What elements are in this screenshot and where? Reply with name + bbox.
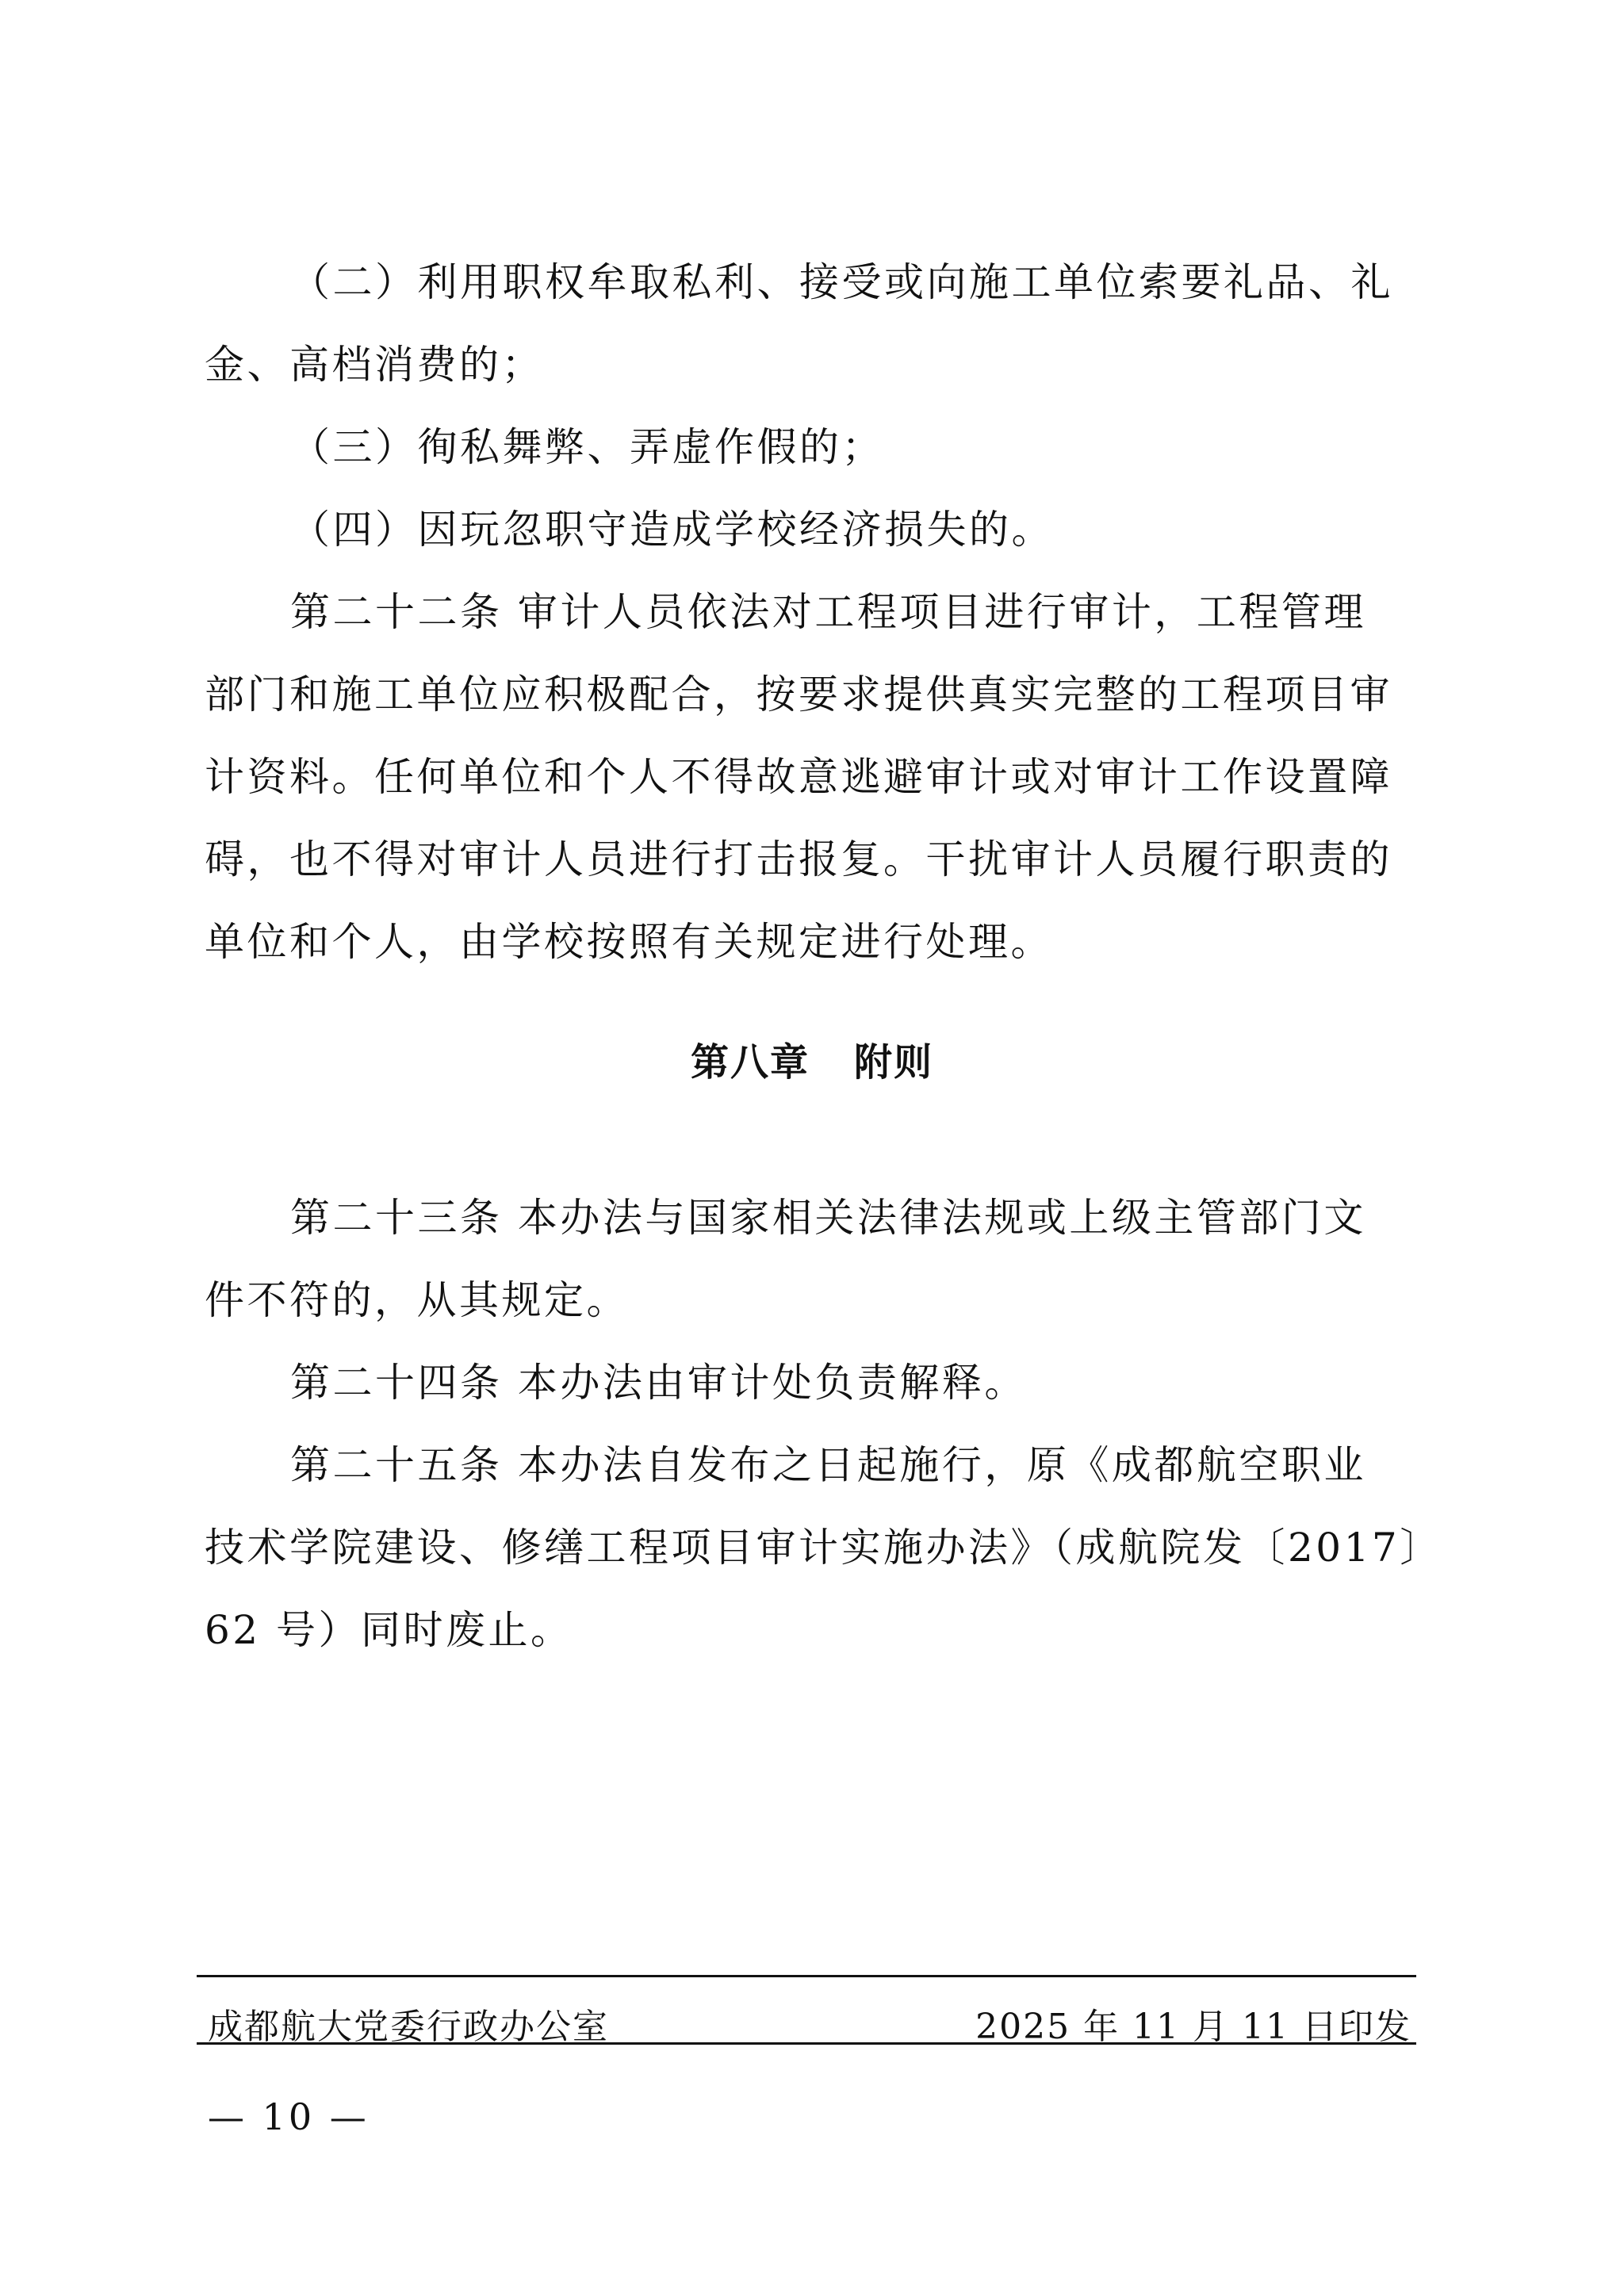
paragraph-line-item-2: （二）利用职权牟取私利、接受或向施工单位索要礼品、礼: [205, 241, 1402, 323]
paragraph-line-item-4: （四）因玩忽职守造成学校经济损失的。: [205, 488, 1402, 571]
article-22-line-2: 部门和施工单位应积极配合，按要求提供真实完整的工程项目审: [205, 653, 1402, 736]
article-25-line-2: 技术学院建设、修缮工程项目审计实施办法》（成航院发〔2017〕: [205, 1506, 1402, 1589]
chapter-title: 附则: [854, 1040, 933, 1085]
article-24-line-1: 第二十四条 本办法由审计处负责解释。: [205, 1341, 1402, 1424]
footer-issuer: 成都航大党委行政办公室: [208, 1999, 609, 2055]
footer-top-rule: [197, 1975, 1416, 1977]
document-page: （二）利用职权牟取私利、接受或向施工单位索要礼品、礼 金、高档消费的； （三）徇…: [0, 0, 1624, 2296]
article-22-line-3: 计资料。任何单位和个人不得故意逃避审计或对审计工作设置障: [205, 736, 1402, 818]
page-number: — 10 —: [208, 2085, 370, 2149]
article-23-line-2: 件不符的，从其规定。: [205, 1259, 1402, 1341]
article-22-line-4: 碍，也不得对审计人员进行打击报复。干扰审计人员履行职责的: [205, 818, 1402, 901]
article-25-line-3: 62 号）同时废止。: [205, 1589, 1402, 1671]
chapter-number: 第八章: [691, 1040, 810, 1085]
article-23-line-1: 第二十三条 本办法与国家相关法律法规或上级主管部门文: [205, 1177, 1402, 1259]
article-22-line-1: 第二十二条 审计人员依法对工程项目进行审计，工程管理: [205, 571, 1402, 653]
paragraph-line-item-3: （三）徇私舞弊、弄虚作假的；: [205, 406, 1402, 488]
footer-issue-date: 2025 年 11 月 11 日印发: [975, 1999, 1411, 2055]
chapter-heading: 第八章附则: [0, 1023, 1624, 1102]
article-22-line-5: 单位和个人，由学校按照有关规定进行处理。: [205, 901, 1402, 983]
paragraph-line-item-2-cont: 金、高档消费的；: [205, 323, 1402, 406]
footer-bottom-rule: [197, 2042, 1416, 2045]
article-25-line-1: 第二十五条 本办法自发布之日起施行，原《成都航空职业: [205, 1424, 1402, 1506]
